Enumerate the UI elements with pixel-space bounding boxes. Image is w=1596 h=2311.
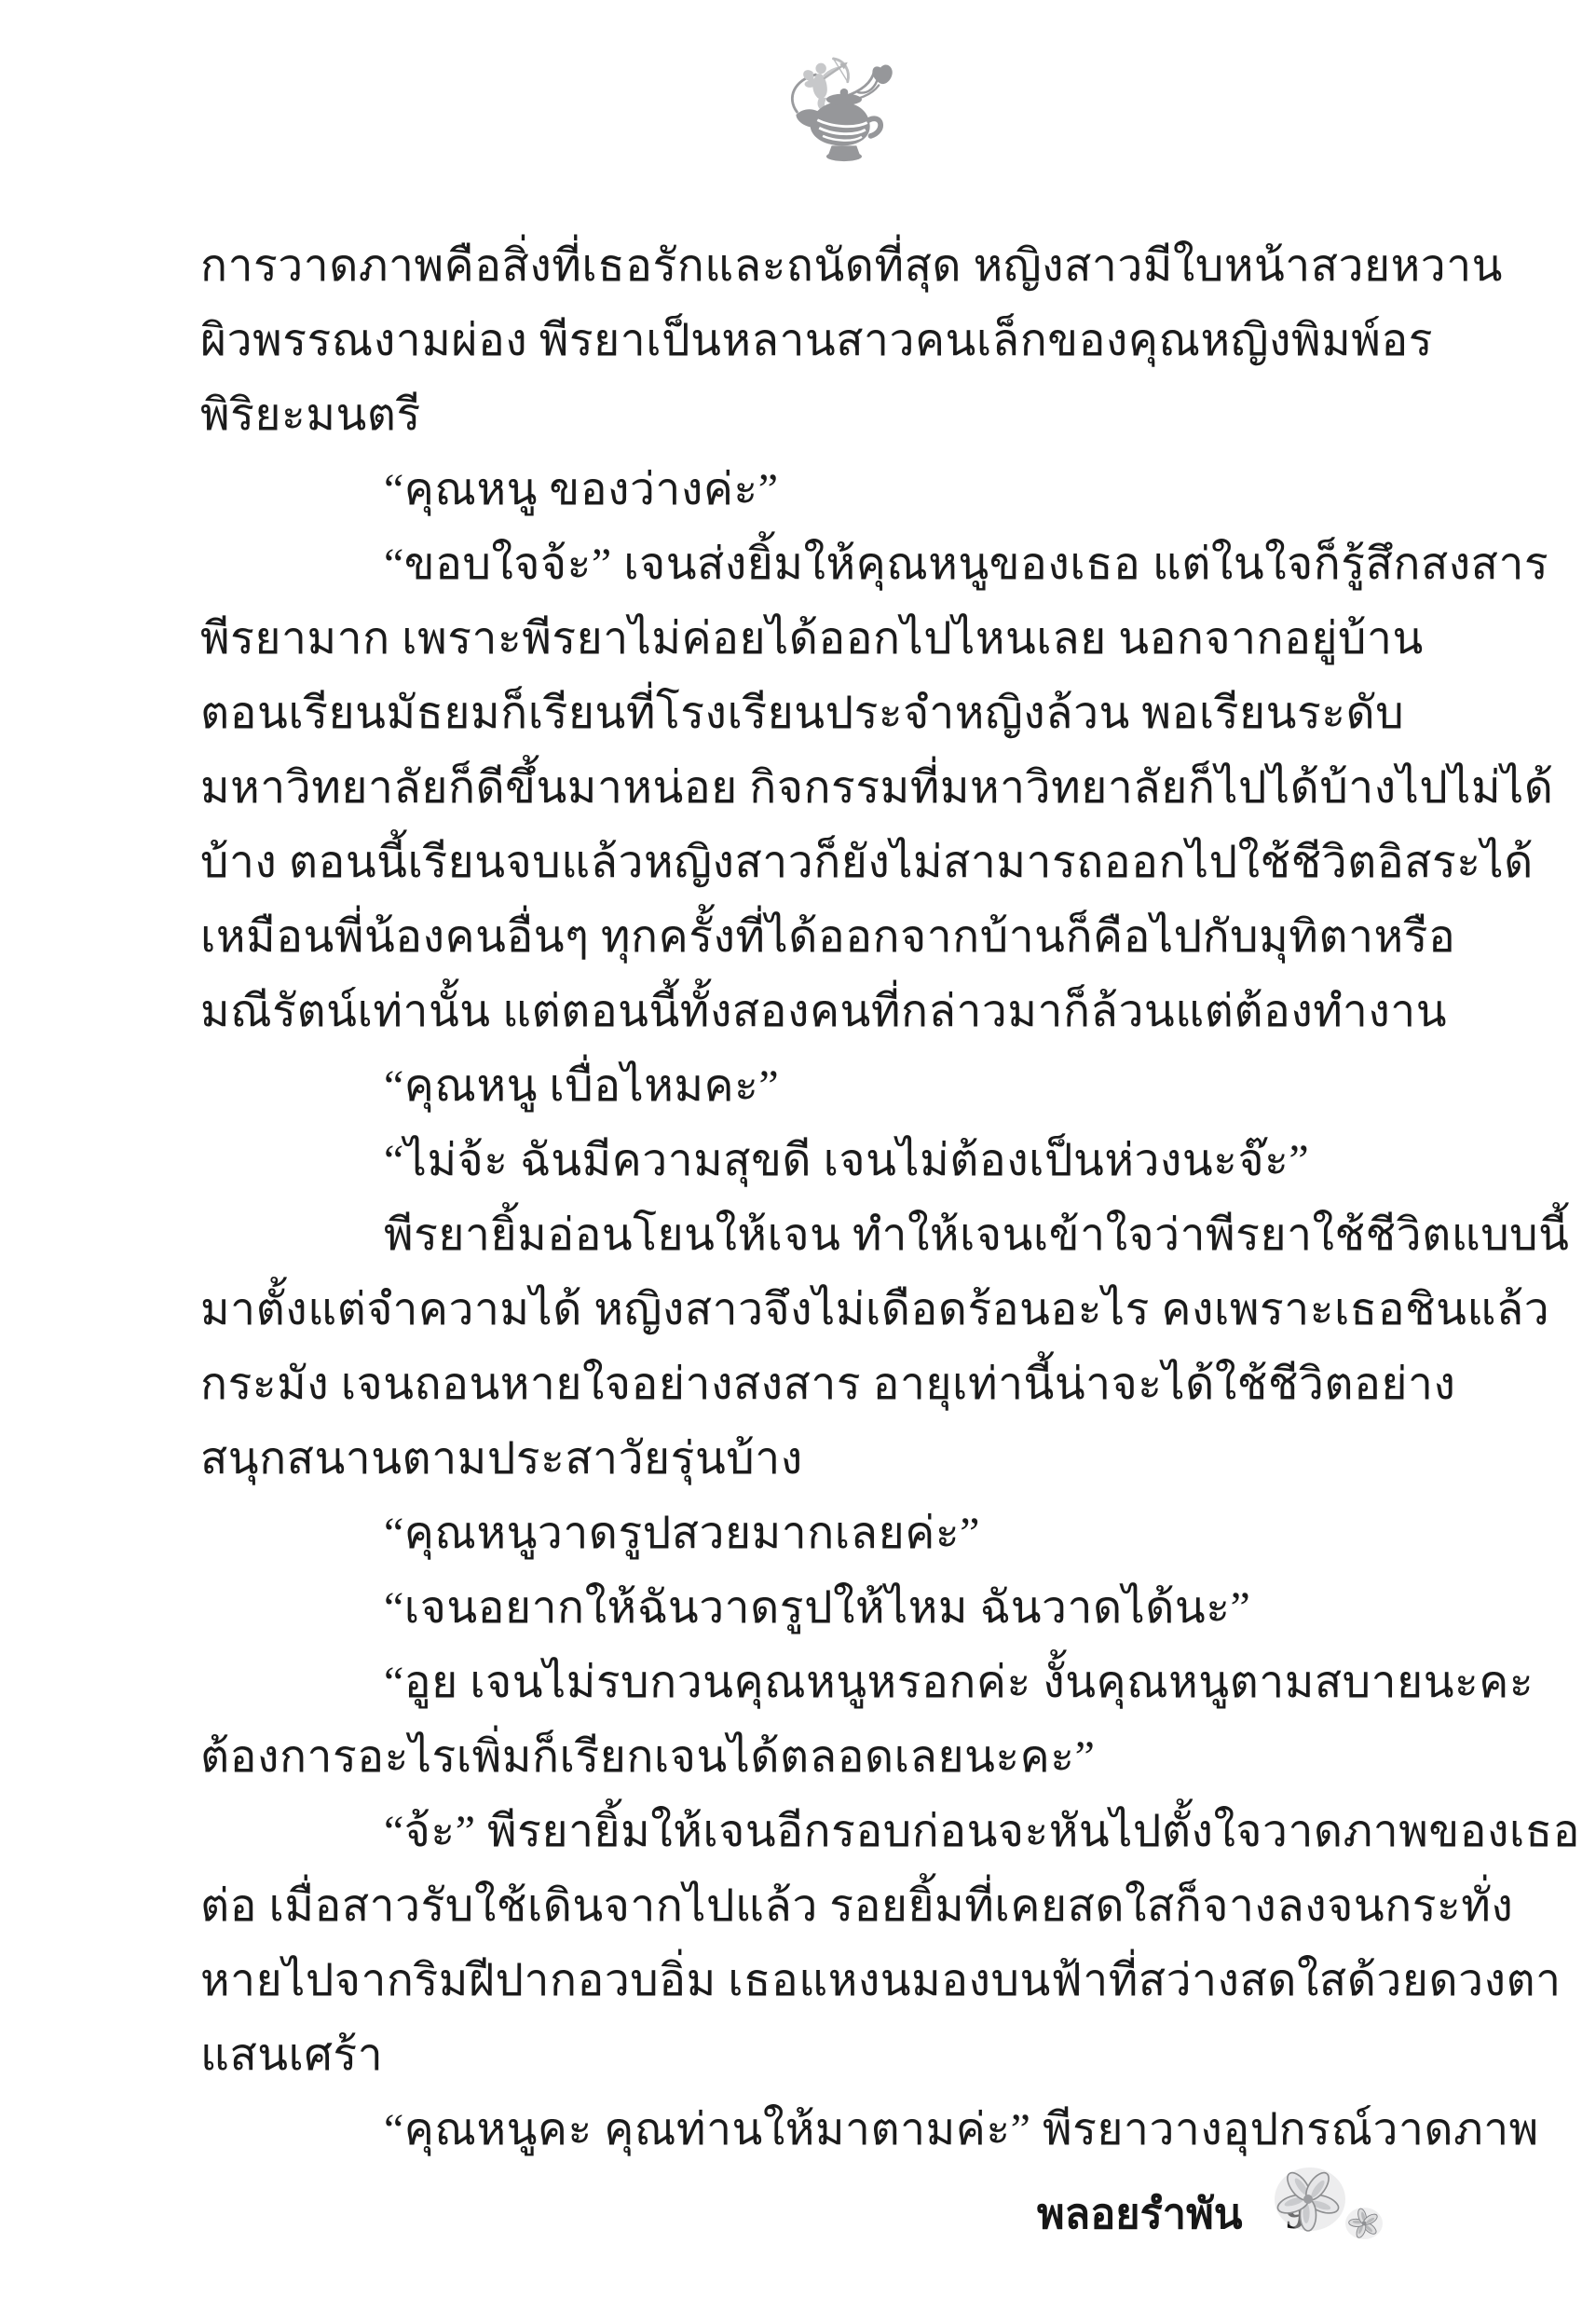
text-line: ตอนเรียนมัธยมก็เรียนที่โรงเรียนประจำหญิง… — [200, 677, 1439, 751]
text-line: “จ้ะ” พีรยายิ้มให้เจนอีกรอบก่อนจะหันไปตั… — [200, 1795, 1439, 1869]
text-line: “คุณหนู เบื่อไหมคะ” — [200, 1049, 1439, 1124]
text-line: “คุณหนู ของว่างค่ะ” — [200, 453, 1439, 527]
text-line: “ไม่จ้ะ ฉันมีความสุขดี เจนไม่ต้องเป็นห่ว… — [200, 1124, 1439, 1198]
text-line: เหมือนพี่น้องคนอื่นๆ ทุกครั้งที่ได้ออกจา… — [200, 900, 1439, 975]
text-line: แสนเศร้า — [200, 2018, 1439, 2093]
text-line: พิริยะมนตรี — [200, 378, 1439, 453]
text-line: พีรยายิ้มอ่อนโยนให้เจน ทำให้เจนเข้าใจว่า… — [200, 1198, 1439, 1273]
book-page: การวาดภาพคือสิ่งที่เธอรักและถนัดที่สุด ห… — [0, 0, 1596, 2311]
text-line: “คุณหนูวาดรูปสวยมากเลยค่ะ” — [200, 1497, 1439, 1571]
text-line: มหาวิทยาลัยก็ดีขึ้นมาหน่อย กิจกรรมที่มหา… — [200, 751, 1439, 826]
page-text: การวาดภาพคือสิ่งที่เธอรักและถนัดที่สุด ห… — [200, 229, 1439, 2167]
text-line: ต้องการอะไรเพิ่มก็เรียกเจนได้ตลอดเลยนะคะ… — [200, 1720, 1439, 1795]
text-line: “เจนอยากให้ฉันวาดรูปให้ไหม ฉันวาดได้นะ” — [200, 1571, 1439, 1646]
text-line: “อูย เจนไม่รบกวนคุณหนูหรอกค่ะ งั้นคุณหนู… — [200, 1646, 1439, 1720]
text-line: การวาดภาพคือสิ่งที่เธอรักและถนัดที่สุด ห… — [200, 229, 1439, 304]
running-title: พลอยรำพัน — [1037, 2190, 1243, 2238]
text-line: มาตั้งแต่จำความได้ หญิงสาวจึงไม่เดือดร้อ… — [200, 1273, 1439, 1347]
text-line: “คุณหนูคะ คุณท่านให้มาตามค่ะ” พีรยาวางอุ… — [200, 2093, 1439, 2167]
text-line: สนุกสนานตามประสาวัยรุ่นบ้าง — [200, 1422, 1439, 1497]
plumeria-ornament — [1265, 2160, 1396, 2253]
text-line: มณีรัตน์เท่านั้น แต่ตอนนี้ทั้งสองคนที่กล… — [200, 975, 1439, 1049]
plumeria-flower-icon — [1265, 2160, 1396, 2253]
text-line: บ้าง ตอนนี้เรียนจบแล้วหญิงสาวก็ยังไม่สาม… — [200, 826, 1439, 900]
text-line: กระมัง เจนถอนหายใจอย่างสงสาร อายุเท่านี้… — [200, 1347, 1439, 1422]
cupid-lamp-icon — [785, 54, 901, 175]
text-line: ต่อ เมื่อสาวรับใช้เดินจากไปแล้ว รอยยิ้มท… — [200, 1869, 1439, 1944]
text-line: “ขอบใจจ้ะ” เจนส่งยิ้มให้คุณหนูของเธอ แต่… — [200, 527, 1439, 602]
cupid-lamp-ornament — [785, 54, 901, 175]
text-line: พีรยามาก เพราะพีรยาไม่ค่อยได้ออกไปไหนเลย… — [200, 602, 1439, 677]
text-line: หายไปจากริมฝีปากอวบอิ่ม เธอแหงนมองบนฟ้าท… — [200, 1944, 1439, 2018]
text-line: ผิวพรรณงามผ่อง พีรยาเป็นหลานสาวคนเล็กของ… — [200, 304, 1439, 378]
